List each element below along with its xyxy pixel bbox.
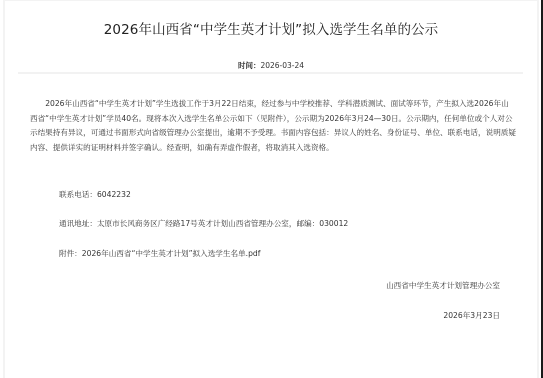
contact-phone: 联系电话：6042232 <box>59 189 131 200</box>
address-value: 太原市长风商务区广经路17号英才计划山西省管理办公室，邮编：030012 <box>97 219 348 228</box>
time-label: 时间： <box>238 61 261 70</box>
time-value: 2026-03-24 <box>260 61 304 70</box>
sign-date: 2026年3月23日 <box>443 310 500 321</box>
attachment: 附件：2026年山西省“中学生英才计划”拟入选学生名单.pdf <box>59 248 260 259</box>
contact-label: 联系电话： <box>59 190 97 199</box>
article-body: 2026年山西省“中学生英才计划”学生选拔工作于3月22日结束，经过参与中学校推… <box>30 97 516 155</box>
title-divider <box>18 72 523 74</box>
signer: 山西省中学生英才计划管理办公室 <box>386 280 500 291</box>
page-title: 2026年山西省“中学生英才计划”拟入选学生名单的公示 <box>5 18 537 38</box>
attachment-link[interactable]: 2026年山西省“中学生英才计划”拟入选学生名单.pdf <box>82 249 261 258</box>
contact-value: 6042232 <box>97 190 131 199</box>
body-paragraph: 2026年山西省“中学生英才计划”学生选拔工作于3月22日结束，经过参与中学校推… <box>30 97 516 155</box>
publish-time: 时间：2026-03-24 <box>5 60 537 71</box>
attachment-label: 附件： <box>59 249 82 258</box>
article-page: 2026年山西省“中学生英才计划”拟入选学生名单的公示 时间：2026-03-2… <box>3 0 539 378</box>
mailing-address: 通讯地址：太原市长风商务区广经路17号英才计划山西省管理办公室，邮编：03001… <box>59 218 348 229</box>
address-label: 通讯地址： <box>59 219 97 228</box>
